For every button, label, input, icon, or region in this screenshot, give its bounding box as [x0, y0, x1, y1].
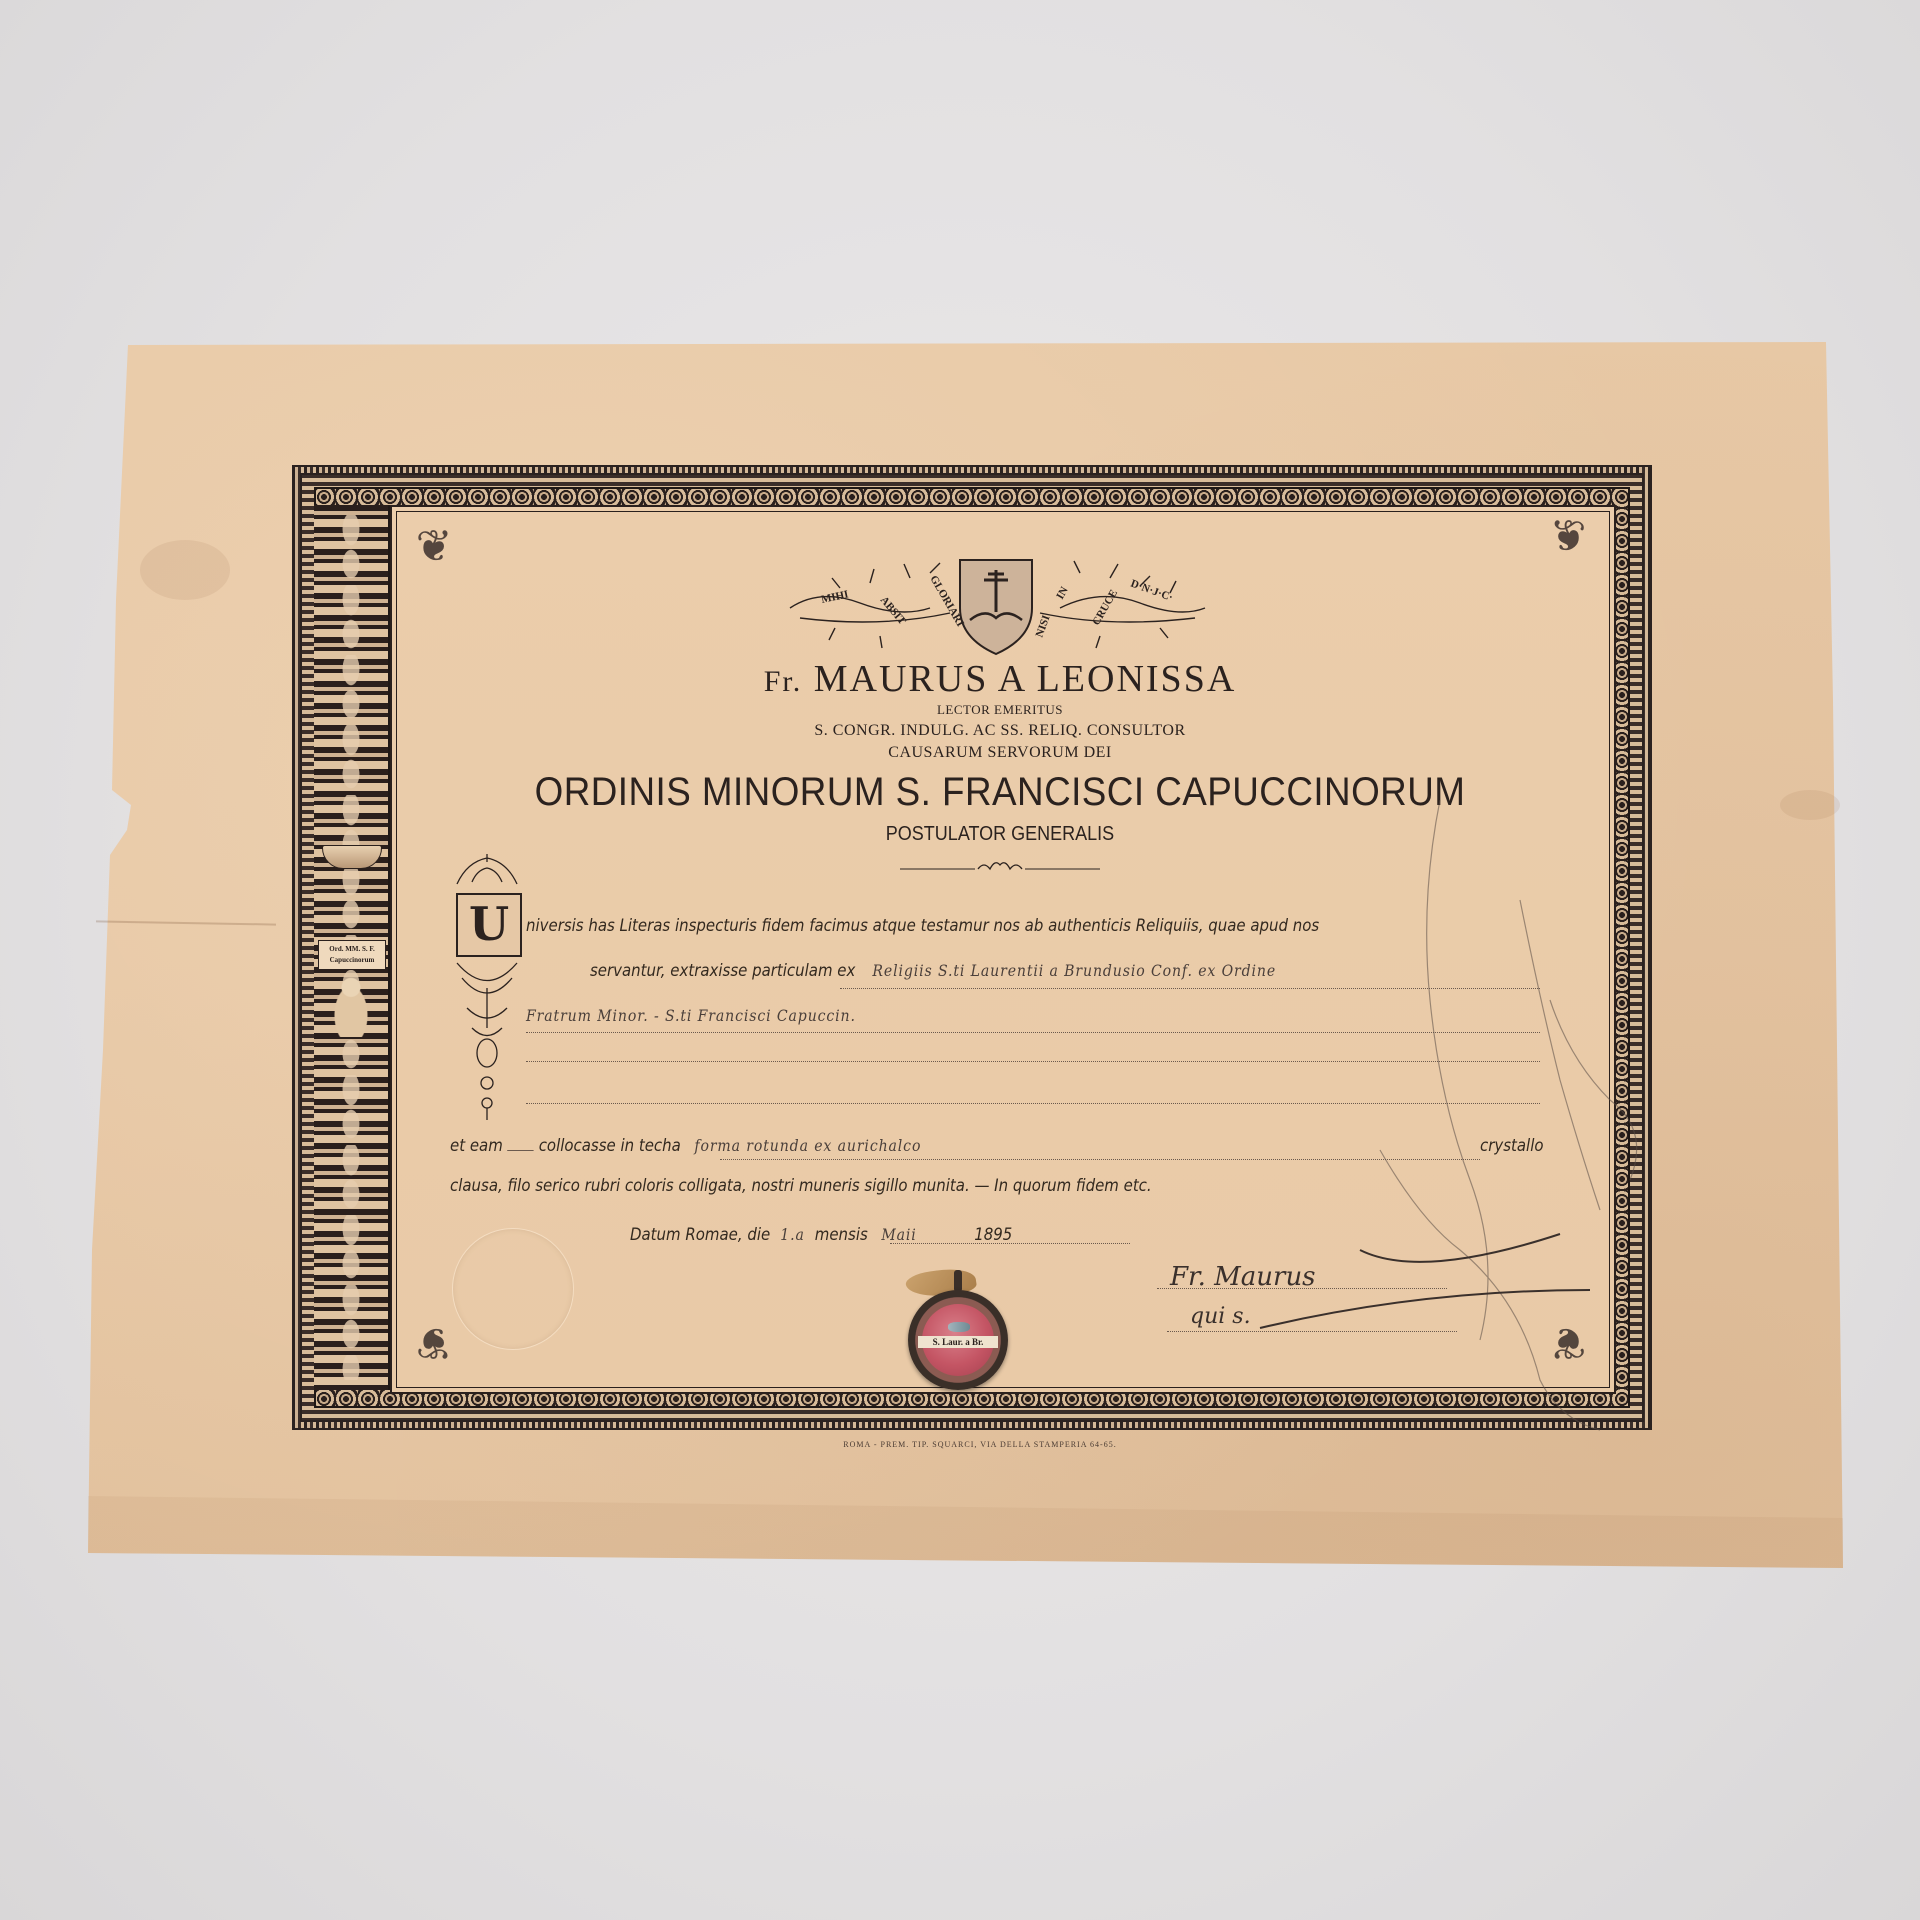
- reliquary-loop: [954, 1270, 962, 1292]
- relic-fragment: [948, 1322, 970, 1332]
- pencil-marks: [0, 0, 1920, 1920]
- embossed-seal: [452, 1228, 574, 1350]
- printer-imprint: ROMA - PREM. TIP. SQUARCI, VIA DELLA STA…: [820, 1440, 1140, 1449]
- reliquary-red-silk: S. Laur. a Br.: [922, 1304, 994, 1376]
- reliquary-label: S. Laur. a Br.: [918, 1336, 998, 1348]
- reliquary-theca: S. Laur. a Br.: [908, 1290, 1008, 1390]
